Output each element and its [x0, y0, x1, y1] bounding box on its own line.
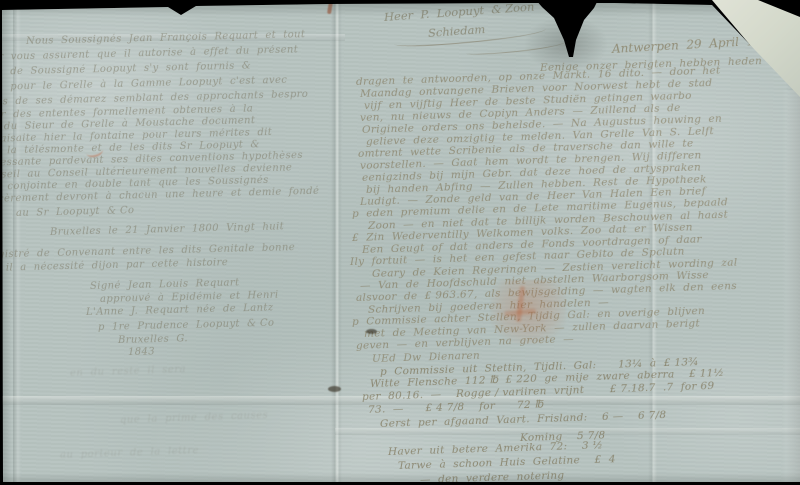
paper-texture — [0, 0, 800, 485]
scanned-letter: Nous Soussignés Jean François Requart et… — [0, 0, 800, 485]
ink-blot — [328, 386, 341, 392]
red-stamp-smudge — [490, 280, 566, 344]
letter-paper: Nous Soussignés Jean François Requart et… — [0, 0, 800, 485]
red-stamp-stroke — [516, 286, 525, 322]
ink-blot — [366, 329, 377, 334]
